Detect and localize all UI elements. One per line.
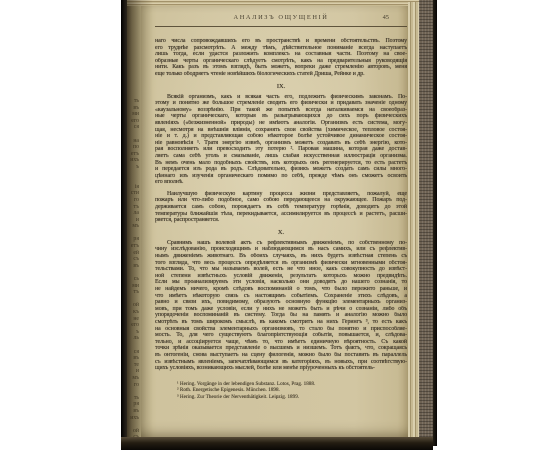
text-line: упорядоченіи воспоминаній въ систему. То… (155, 312, 407, 319)
book-cover-right-edge (433, 0, 437, 446)
left-page-fragment: съ (127, 256, 140, 263)
text-line: чину изслѣдованію, происходящимъ и наблю… (155, 246, 407, 253)
left-page-fragment: ихъ (127, 415, 140, 422)
running-header: АНАЛИЗЪ ОЩУЩЕНІЙ 45 (155, 14, 407, 24)
text-line: цѣннаго изъ изученія органическаго помим… (155, 173, 407, 180)
left-page-fragment: на (127, 138, 140, 145)
left-page-fragment: въ (127, 105, 140, 112)
text-line: смотрѣть въ томъ широкомъ смыслѣ, въ как… (155, 319, 407, 326)
printed-page-content: АНАЛИЗЪ ОЩУЩЕНІЙ 45 наго числа сопровожд… (155, 0, 407, 437)
left-page-fragment: мъ (127, 223, 140, 230)
left-page-fragment (127, 269, 140, 276)
left-page-fragment: ихъ (127, 157, 140, 164)
text-line: щихъ условіяхъ, возникающихъ мыслей, бол… (155, 365, 407, 372)
left-page-fragment: тъ (127, 289, 140, 296)
text-line: ніе равновѣсія ¹. Тратя энергію извнѣ, о… (155, 140, 407, 147)
left-page-fragment (127, 131, 140, 138)
left-page-fragment: те (127, 362, 140, 369)
photo-of-book: тьвъмиегосянапоетъихъъіястиготълаимъряет… (0, 0, 550, 450)
text-line: мость. То, для чего существуютъ благопрі… (155, 332, 407, 339)
paragraph: Всякій организмъ, какъ и всякая часть ег… (155, 94, 407, 186)
text-line: Сравнимъ нашъ волевой актъ съ рефлективн… (155, 240, 407, 247)
header-rule (155, 26, 407, 27)
text-line: тельствами. То, что мы называемъ волей, … (155, 266, 407, 273)
text-line: того взгляда, что весь процессъ опредѣля… (155, 260, 407, 267)
left-page-fragment: по (127, 144, 140, 151)
text-line: ряется, распространяется. (155, 217, 407, 224)
left-page-fragment: его (127, 322, 140, 329)
text-line: его вполнѣ. (155, 179, 407, 186)
footnote-line: ³ Hering. Zur Theorie der Nerventhätigke… (177, 394, 407, 400)
text-line: рая восполняетъ или превосходитъ эту пот… (155, 146, 407, 153)
text-line: Наилучшую физическую картину процесса жи… (155, 191, 407, 198)
left-page-fragment: го (127, 382, 140, 389)
text-line: ной степени извѣстныхъ условій движенія,… (155, 273, 407, 280)
text-line: ніе и т. д.) и представляющая собою нѣко… (155, 133, 407, 140)
body-text: наго числа сопровождавшихъ его въ простр… (155, 38, 407, 400)
text-line: образные черты органическаго слѣдуетъ см… (155, 58, 407, 65)
left-page-fragment: ъ (127, 164, 140, 171)
left-page-fragment: ла (127, 210, 140, 217)
left-page-fragment: его (127, 118, 140, 125)
left-page-fragment (127, 230, 140, 237)
left-page-fragment: ой (127, 428, 140, 435)
left-page-fragment: и (127, 217, 140, 224)
book: тьвъмиегосянапоетъихъъіястиготълаимъряет… (121, 0, 437, 450)
page-edge-stack (408, 2, 419, 439)
text-line: явленіяхъ («безжизненной» природы) не им… (155, 120, 407, 127)
text-line: точки зрѣнія оказывается представленіе о… (155, 345, 407, 352)
left-page-sliver: тьвъмиегосянапоетъихъъіястиготълаимъряет… (127, 0, 141, 437)
text-line: этому и понятно же большое стремленіе св… (155, 100, 407, 107)
left-page-fragment: ся (127, 124, 140, 131)
left-page-fragment: ря (127, 236, 140, 243)
text-line: и передается изъ рода въ родъ. Слѣдовате… (155, 166, 407, 173)
left-page-fragment: ся (127, 349, 140, 356)
text-line: съ извѣстнымъ явленіемъ, запечатлѣвающим… (155, 359, 407, 366)
left-page-fragment: ми (127, 111, 140, 118)
left-page-fragment (127, 177, 140, 184)
running-header-title: АНАЛИЗЪ ОЩУЩЕНІЙ (155, 14, 407, 21)
text-line: мовъ, при томъ даже условіи, если у нихъ… (155, 306, 407, 313)
left-page-fragment: ми (127, 283, 140, 290)
text-line: его труднѣе разсмотрѣть. А между тѣмъ, д… (155, 45, 407, 52)
text-line: Всякій организмъ, какъ и всякая часть ег… (155, 94, 407, 101)
text-line: «каузальному» воззрѣнію. При такой же по… (155, 107, 407, 114)
left-page-fragment: ей (127, 250, 140, 257)
text-line: не найдемъ ничего, кромѣ слѣдовъ воспоми… (155, 286, 407, 293)
left-page-text-fragments: тьвъмиегосянапоетъихъъіястиготълаимъряет… (127, 98, 140, 437)
text-line: пожаръ или что-либо подобное, само собою… (155, 197, 407, 204)
left-page-fragment (127, 342, 140, 349)
left-page-fragment: ія (127, 184, 140, 191)
left-page-fragment: ль (127, 335, 140, 342)
page-number: 45 (383, 14, 389, 21)
left-page-fragment: и (127, 368, 140, 375)
text-line: держивается самъ собою, порождаетъ въ се… (155, 204, 407, 211)
book-bottom-edge (121, 437, 433, 450)
paragraph: наго числа сопровождавшихъ его въ простр… (155, 38, 407, 78)
left-page-fragment: въ (127, 355, 140, 362)
left-page-fragment: етъ (127, 151, 140, 158)
left-page-fragment: етъ (127, 243, 140, 250)
text-line: Въ немъ очень мало подобныхъ свойствъ, и… (155, 160, 407, 167)
paragraph: Наилучшую физическую картину процесса жи… (155, 191, 407, 224)
left-page-fragment: тъ (127, 204, 140, 211)
left-page-fragment: ъ (127, 329, 140, 336)
text-line: нымъ движеніемъ животнаго. Въ обоихъ слу… (155, 253, 407, 260)
text-line: нити. Какъ разъ въ этомъ взглядѣ, быть м… (155, 64, 407, 71)
left-page-fragment: ть (127, 395, 140, 402)
footnotes: ¹ Hering. Vorgänge in der lebendigen Sub… (155, 381, 407, 400)
left-page-fragment: мъ (127, 375, 140, 382)
section-numeral: X. (155, 229, 407, 236)
left-page-fragment (127, 296, 140, 303)
text-line: наго числа сопровождавшихъ его въ простр… (155, 38, 407, 45)
left-page-fragment: въ (127, 263, 140, 270)
left-page-fragment (127, 421, 140, 428)
paragraph: Сравнимъ нашъ волевой актъ съ рефлективн… (155, 240, 407, 372)
left-page-fragment (127, 171, 140, 178)
text-line: тельно, и ассоціируется чаще, чѣмъ то, ч… (155, 339, 407, 346)
text-line: Если мы проанализируемъ эти условія, нас… (155, 279, 407, 286)
left-page-fragment: въ (127, 408, 140, 415)
text-line: лишь тогда, если удастся разложить компл… (155, 51, 407, 58)
left-page-fragment: сти (127, 190, 140, 197)
left-page-fragment: сь (127, 276, 140, 283)
left-page-fragment (127, 388, 140, 395)
text-line: еще только ободряетъ чтеніе новѣйшихъ бі… (155, 71, 407, 78)
text-line: равно и связи ихъ, повидимому, образуютъ… (155, 299, 407, 306)
text-line: температуры ближайшія тѣла, перекидывает… (155, 211, 407, 218)
left-page-fragment: го (127, 197, 140, 204)
text-line: щая, несмотря на внѣшнія вліянія, сохран… (155, 127, 407, 134)
section-numeral: IX. (155, 83, 407, 90)
text-line: ляетъ сама себѣ уголь и смазываніе, лишь… (155, 153, 407, 160)
text-line: въ онтогеніи, снова выступаетъ на сцену … (155, 352, 407, 359)
text-line: что имѣетъ нѣкоторую связь съ настоящимъ… (155, 293, 407, 300)
left-page-fragment: ря (127, 401, 140, 408)
left-page-fragment: ой (127, 302, 140, 309)
left-page-fragment: къ (127, 309, 140, 316)
cloth-cover-right (419, 0, 433, 443)
text-line: ные черты органическаго, которыя въ разы… (155, 113, 407, 120)
left-page-fragment: ть (127, 98, 140, 105)
left-page-fragment: не (127, 316, 140, 323)
text-line: на основныя свойства элементарныхъ орган… (155, 326, 407, 333)
